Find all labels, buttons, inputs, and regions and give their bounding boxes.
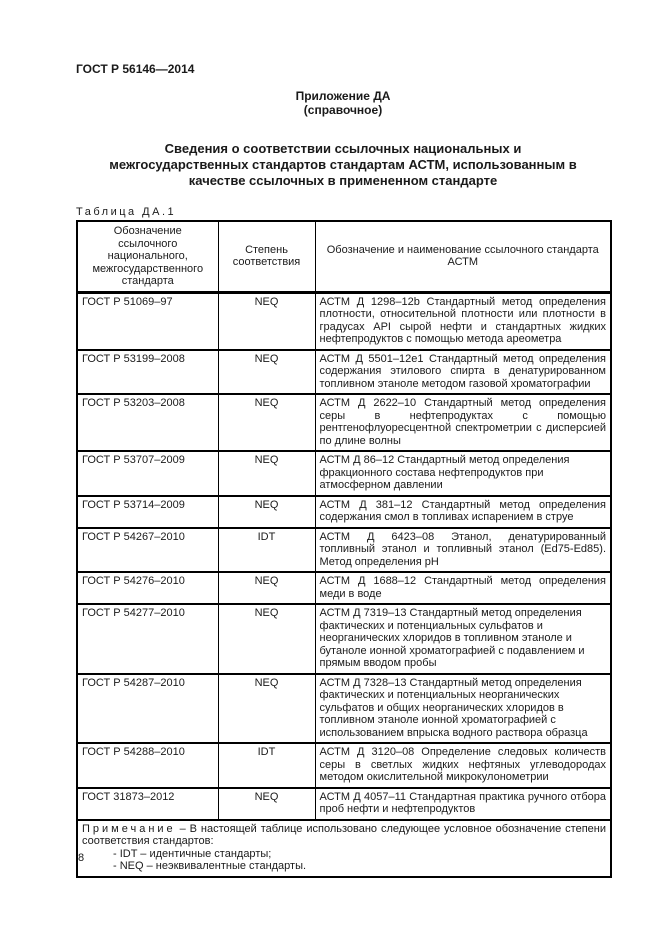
column-header-astm-standard: Обозначение и наименование ссылочного ст… <box>315 221 611 292</box>
cell-astm: АСТМ Д 1298–12b Стандартный метод опреде… <box>315 292 611 350</box>
page-title-line: Сведения о соответствии ссылочных национ… <box>76 141 610 157</box>
cell-standard: ГОСТ Р 53707–2009 <box>77 451 218 496</box>
appendix-subtitle: (справочное) <box>76 103 610 117</box>
cell-astm: АСТМ Д 1688–12 Стандартный метод определ… <box>315 572 611 604</box>
cell-astm: АСТМ Д 7328–13 Стандартный метод определ… <box>315 674 611 744</box>
appendix-heading: Приложение ДА (справочное) <box>76 89 610 117</box>
note-label: Примечание <box>82 823 176 835</box>
table-row: ГОСТ Р 53707–2009 NEQ АСТМ Д 86–12 Станд… <box>77 451 611 496</box>
cell-standard: ГОСТ Р 54287–2010 <box>77 674 218 744</box>
column-header-national-standard: Обозначение ссылочного национального, ме… <box>77 221 218 292</box>
table-row: ГОСТ 31873–2012 NEQ АСТМ Д 4057–11 Станд… <box>77 788 611 820</box>
table-row: ГОСТ Р 54277–2010 NEQ АСТМ Д 7319–13 Ста… <box>77 604 611 674</box>
document-number: ГОСТ Р 56146—2014 <box>76 62 610 76</box>
document-page: { "page": { "doc_number": "ГОСТ Р 56146—… <box>0 0 661 936</box>
cell-standard: ГОСТ Р 53714–2009 <box>77 496 218 528</box>
page-title: Сведения о соответствии ссылочных национ… <box>76 141 610 189</box>
cell-standard: ГОСТ Р 53203–2008 <box>77 394 218 451</box>
cell-degree: IDT <box>218 743 315 788</box>
table-body: ГОСТ Р 51069–97 NEQ АСТМ Д 1298–12b Стан… <box>77 292 611 877</box>
cell-degree: NEQ <box>218 572 315 604</box>
table-row: ГОСТ Р 53199–2008 NEQ АСТМ Д 5501–12e1 С… <box>77 350 611 395</box>
cell-degree: NEQ <box>218 496 315 528</box>
cell-standard: ГОСТ Р 54276–2010 <box>77 572 218 604</box>
table-row: ГОСТ Р 51069–97 NEQ АСТМ Д 1298–12b Стан… <box>77 292 611 350</box>
cell-astm: АСТМ Д 86–12 Стандартный метод определен… <box>315 451 611 496</box>
cell-degree: NEQ <box>218 394 315 451</box>
note-item: - IDT – идентичные стандарты; <box>82 848 606 861</box>
cell-degree: NEQ <box>218 788 315 820</box>
table-row: ГОСТ Р 53714–2009 NEQ АСТМ Д 381–12 Стан… <box>77 496 611 528</box>
cell-standard: ГОСТ Р 54288–2010 <box>77 743 218 788</box>
table-row: ГОСТ Р 54267–2010 IDT АСТМ Д 6423–08 Эта… <box>77 528 611 573</box>
note-item: - NEQ – неэквивалентные стандарты. <box>82 860 606 873</box>
cell-astm: АСТМ Д 7319–13 Стандартный метод определ… <box>315 604 611 674</box>
page-number: 8 <box>78 852 84 865</box>
table-label: Таблица ДА.1 <box>76 206 610 219</box>
note-paragraph: Примечание – В настоящей таблице использ… <box>82 823 606 848</box>
page-content: ГОСТ Р 56146—2014 Приложение ДА (справоч… <box>76 62 610 878</box>
cell-astm: АСТМ Д 3120–08 Определение следовых коли… <box>315 743 611 788</box>
cell-degree: NEQ <box>218 604 315 674</box>
page-title-line: качестве ссылочных в примененном стандар… <box>76 173 610 189</box>
table-row: ГОСТ Р 54287–2010 NEQ АСТМ Д 7328–13 Ста… <box>77 674 611 744</box>
column-header-degree: Степень соответствия <box>218 221 315 292</box>
page-title-line: межгосударственных стандартов стандартам… <box>76 157 610 173</box>
cell-astm: АСТМ Д 5501–12e1 Стандартный метод опред… <box>315 350 611 395</box>
cell-standard: ГОСТ Р 54267–2010 <box>77 528 218 573</box>
cell-astm: АСТМ Д 6423–08 Этанол, денатурированный … <box>315 528 611 573</box>
table-row: ГОСТ Р 54288–2010 IDT АСТМ Д 3120–08 Опр… <box>77 743 611 788</box>
cell-astm: АСТМ Д 2622–10 Стандартный метод определ… <box>315 394 611 451</box>
cell-degree: NEQ <box>218 451 315 496</box>
cell-astm: АСТМ Д 4057–11 Стандартная практика ручн… <box>315 788 611 820</box>
cell-degree: NEQ <box>218 292 315 350</box>
cell-standard: ГОСТ Р 54277–2010 <box>77 604 218 674</box>
table-row: ГОСТ Р 54276–2010 NEQ АСТМ Д 1688–12 Ста… <box>77 572 611 604</box>
cell-degree: NEQ <box>218 350 315 395</box>
appendix-title: Приложение ДА <box>76 89 610 103</box>
table-header-row: Обозначение ссылочного национального, ме… <box>77 221 611 292</box>
cell-standard: ГОСТ Р 53199–2008 <box>77 350 218 395</box>
cell-degree: IDT <box>218 528 315 573</box>
note-items: - IDT – идентичные стандарты;- NEQ – неэ… <box>82 848 606 873</box>
cell-degree: NEQ <box>218 674 315 744</box>
cell-standard: ГОСТ 31873–2012 <box>77 788 218 820</box>
table-note: Примечание – В настоящей таблице использ… <box>77 820 611 877</box>
cell-standard: ГОСТ Р 51069–97 <box>77 292 218 350</box>
correspondence-table: Обозначение ссылочного национального, ме… <box>76 220 612 878</box>
table-header: Обозначение ссылочного национального, ме… <box>77 221 611 292</box>
table-row: ГОСТ Р 53203–2008 NEQ АСТМ Д 2622–10 Ста… <box>77 394 611 451</box>
note-row: Примечание – В настоящей таблице использ… <box>77 820 611 877</box>
cell-astm: АСТМ Д 381–12 Стандартный метод определе… <box>315 496 611 528</box>
